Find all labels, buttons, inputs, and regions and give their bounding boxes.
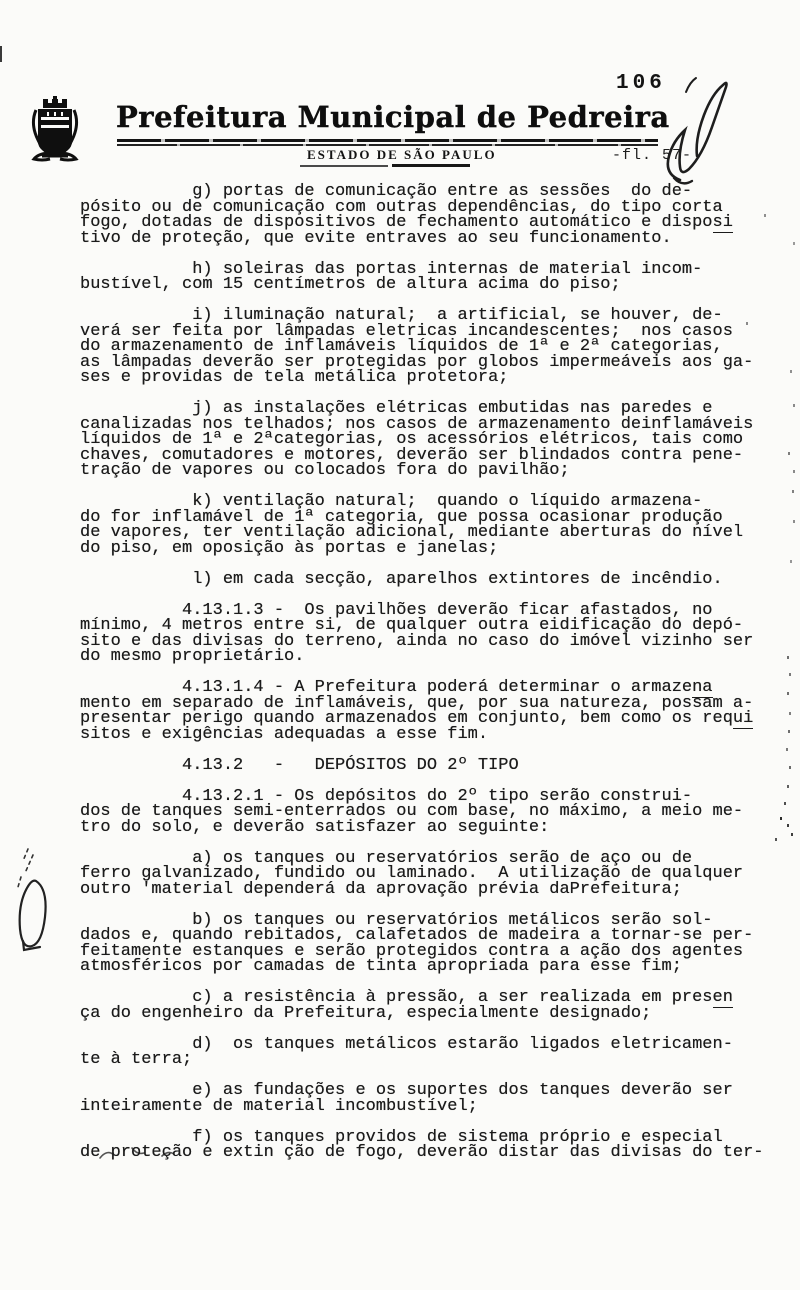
text-line: tro do solo, e deverão satisfazer ao seg… [80, 820, 792, 836]
paragraph: c) a resistência à pressão, a ser realiz… [80, 990, 792, 1021]
scan-noise-specks [0, 0, 2, 3]
paragraph: i) iluminação natural; a artificial, se … [80, 308, 792, 386]
text-line: l) em cada secção, aparelhos extintores … [80, 572, 792, 588]
text-segment: do mesmo proprietário. [80, 647, 304, 666]
title-rule-bottom [117, 144, 658, 146]
handwritten-signature-mark [650, 58, 738, 190]
text-segment: outro 'material dependerá da aprovação p… [80, 880, 682, 899]
text-segment: tração de vapores ou colocados fora do p… [80, 461, 570, 480]
text-segment: ça do engenheiro da Prefeitura, especial… [80, 1004, 651, 1023]
paragraph: 4.13.1.3 - Os pavilhões deverão ficar af… [80, 603, 792, 665]
text-segment: ses e providas de tela metálica protetor… [80, 368, 508, 387]
text-line: 4.13.2 - DEPÓSITOS DO 2º TIPO [80, 758, 792, 774]
scanned-document-page: Prefeitura Municipal de Pedreira ESTADO … [0, 0, 800, 1290]
paragraph: a) os tanques ou reservatórios serão de … [80, 851, 792, 898]
margin-pen-mark [6, 843, 56, 953]
text-line: atmosféricos por camadas de tinta apropr… [80, 959, 792, 975]
paragraph: 4.13.2 - DEPÓSITOS DO 2º TIPO [80, 758, 792, 774]
text-segment: de proteção e extin ção de fogo, deverão… [80, 1143, 764, 1162]
paragraph: g) portas de comunicação entre as sessõe… [80, 184, 792, 246]
text-segment: te à terra; [80, 1050, 192, 1069]
paragraph: 4.13.2.1 - Os depósitos do 2º tipo serão… [80, 789, 792, 836]
text-line: te à terra; [80, 1052, 792, 1068]
paragraph: h) soleiras das portas internas de mater… [80, 262, 792, 293]
text-line: tração de vapores ou colocados fora do p… [80, 463, 792, 479]
text-line: bustível, com 15 centímetros de altura a… [80, 277, 792, 293]
text-line: ses e providas de tela metálica protetor… [80, 370, 792, 386]
municipal-coat-of-arms-icon [28, 96, 82, 162]
text-segment: tivo de proteção, que evite entraves ao … [80, 229, 672, 248]
text-segment: sitos e exigências adequadas a esse fim. [80, 725, 488, 744]
paragraph: k) ventilação natural; quando o líquido … [80, 494, 792, 556]
text-segment: tro do solo, e deverão satisfazer ao seg… [80, 818, 549, 837]
state-subtitle: ESTADO DE SÃO PAULO [307, 147, 497, 163]
text-line: de proteção e extin ção de fogo, deverão… [80, 1145, 792, 1161]
paragraph: f) os tanques providos de sistema própri… [80, 1130, 792, 1161]
text-segment: bustível, com 15 centímetros de altura a… [80, 275, 621, 294]
text-segment: atmosféricos por camadas de tinta apropr… [80, 957, 682, 976]
scan-edge-mark [0, 46, 2, 62]
text-line: outro 'material dependerá da aprovação p… [80, 882, 792, 898]
paragraph: j) as instalações elétricas embutidas na… [80, 401, 792, 479]
paragraph: d) os tanques metálicos estarão ligados … [80, 1037, 792, 1068]
subtitle-underline-left [300, 165, 388, 167]
text-segment: inteiramente de material incombustível; [80, 1097, 478, 1116]
paragraph: 4.13.1.4 - A Prefeitura poderá determina… [80, 680, 792, 742]
paragraph: b) os tanques ou reservatórios metálicos… [80, 913, 792, 975]
text-line: do piso, em oposição às portas e janelas… [80, 541, 792, 557]
page-title: Prefeitura Municipal de Pedreira [116, 100, 676, 134]
title-rule-top [117, 139, 658, 142]
text-segment: l) em cada secção, aparelhos extintores … [80, 570, 723, 589]
document-body: g) portas de comunicação entre as sessõe… [80, 184, 792, 1176]
text-line: tivo de proteção, que evite entraves ao … [80, 231, 792, 247]
text-segment: do piso, em oposição às portas e janelas… [80, 539, 498, 558]
subtitle-underline-right [392, 164, 470, 167]
underlined-text-segment: si [713, 213, 733, 233]
text-line: do mesmo proprietário. [80, 649, 792, 665]
text-line: sitos e exigências adequadas a esse fim. [80, 727, 792, 743]
paragraph: e) as fundações e os suportes dos tanque… [80, 1083, 792, 1114]
text-line: inteiramente de material incombustível; [80, 1099, 792, 1115]
text-line: ça do engenheiro da Prefeitura, especial… [80, 1006, 792, 1022]
paragraph: l) em cada secção, aparelhos extintores … [80, 572, 792, 588]
text-segment: 4.13.2 - DEPÓSITOS DO 2º TIPO [80, 756, 519, 775]
underlined-text-segment: ui [733, 709, 753, 729]
underlined-text-segment: en [713, 988, 733, 1008]
